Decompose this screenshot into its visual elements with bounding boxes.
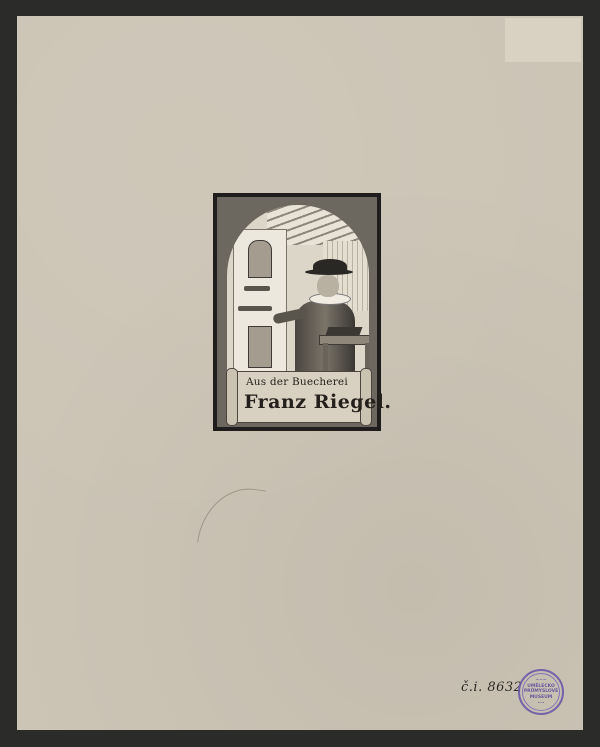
bookplate: Aus der Buecherei Franz Riegel. xyxy=(213,193,381,431)
museum-stamp: ~~~ UMĚLECKO PRŮMYSLOVÉ MUSEUM .... xyxy=(518,669,564,715)
bookplate-line1: Aus der Buecherei xyxy=(246,376,356,388)
hinge-upper xyxy=(244,286,270,291)
banner-scroll: Aus der Buecherei Franz Riegel. xyxy=(231,371,367,423)
door-panel-bottom xyxy=(248,326,272,368)
scholar-figure xyxy=(287,259,357,385)
stamp-inner-ring xyxy=(522,673,560,711)
scroll-end-left xyxy=(226,368,238,426)
bookplate-frame: Aus der Buecherei Franz Riegel. xyxy=(217,197,377,427)
hinge-lower xyxy=(238,306,272,311)
mounting-board: Aus der Buecherei Franz Riegel. č.i. 863… xyxy=(17,16,583,730)
label-patch xyxy=(505,18,581,62)
book xyxy=(326,327,363,335)
arched-scene xyxy=(227,205,369,385)
door xyxy=(233,229,287,385)
door-panel-top xyxy=(248,240,272,278)
bookplate-owner-name: Franz Riegel. xyxy=(244,391,360,413)
face xyxy=(317,275,339,297)
catalog-number: č.i. 8632 xyxy=(461,680,522,695)
paper-crease xyxy=(197,482,266,551)
hat xyxy=(313,259,347,273)
